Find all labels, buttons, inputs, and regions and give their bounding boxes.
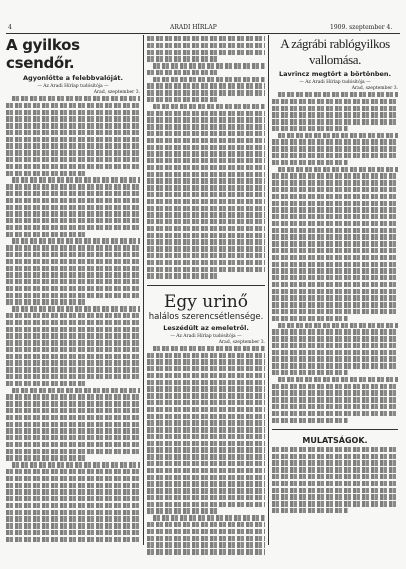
dateline: Arad, szeptember 3. — [6, 90, 140, 95]
article-subtitle: Lavrincz megtört a börtönben. — [272, 70, 398, 78]
article-body — [147, 36, 265, 279]
article-subtitle: Agyonlőtte a felebbvalóját. — [6, 74, 140, 82]
masthead: ARADI HÍRLAP — [170, 24, 217, 31]
article-title: A gyilkos csendőr. — [6, 36, 140, 72]
article-rule — [147, 285, 265, 286]
article-title: MULATSÁGOK. — [272, 436, 398, 445]
dateline: Arad, szeptember 3. — [147, 340, 265, 345]
column-2: Egy urinő halálos szerencsétlensége. Les… — [147, 36, 265, 556]
column-3: A zágrábi rablógyilkos vallomása. Lavrin… — [272, 36, 398, 556]
column-divider — [268, 35, 269, 545]
byline: — Az Aradi Hírlap tudósítója — — [6, 84, 140, 89]
newspaper-page: 4 ARADI HÍRLAP 1909. szeptember 4. A gyi… — [0, 0, 406, 569]
column-1: A gyilkos csendőr. Agyonlőtte a felebbva… — [6, 36, 140, 556]
byline: — Az Aradi Hírlap tudósítója — — [272, 80, 398, 85]
article-title: A zágrábi rablógyilkos vallomása. — [272, 36, 398, 68]
column-divider — [143, 35, 144, 545]
article-body — [147, 346, 265, 556]
article-subtitle: halálos szerencsétlensége. — [147, 312, 265, 322]
dateline: Arad, szeptember 3. — [272, 86, 398, 91]
article-body — [272, 92, 398, 423]
header-rule — [6, 33, 400, 34]
byline: — Az Aradi Hírlap tudósítója — — [147, 334, 265, 339]
article-kicker: Leszédült az emeletről. — [147, 324, 265, 332]
page-number: 4 — [8, 24, 12, 31]
article-body — [6, 96, 140, 542]
issue-date: 1909. szeptember 4. — [330, 24, 392, 31]
article-rule — [272, 429, 398, 430]
article-body — [272, 447, 398, 513]
article-title: Egy urinő — [147, 292, 265, 312]
